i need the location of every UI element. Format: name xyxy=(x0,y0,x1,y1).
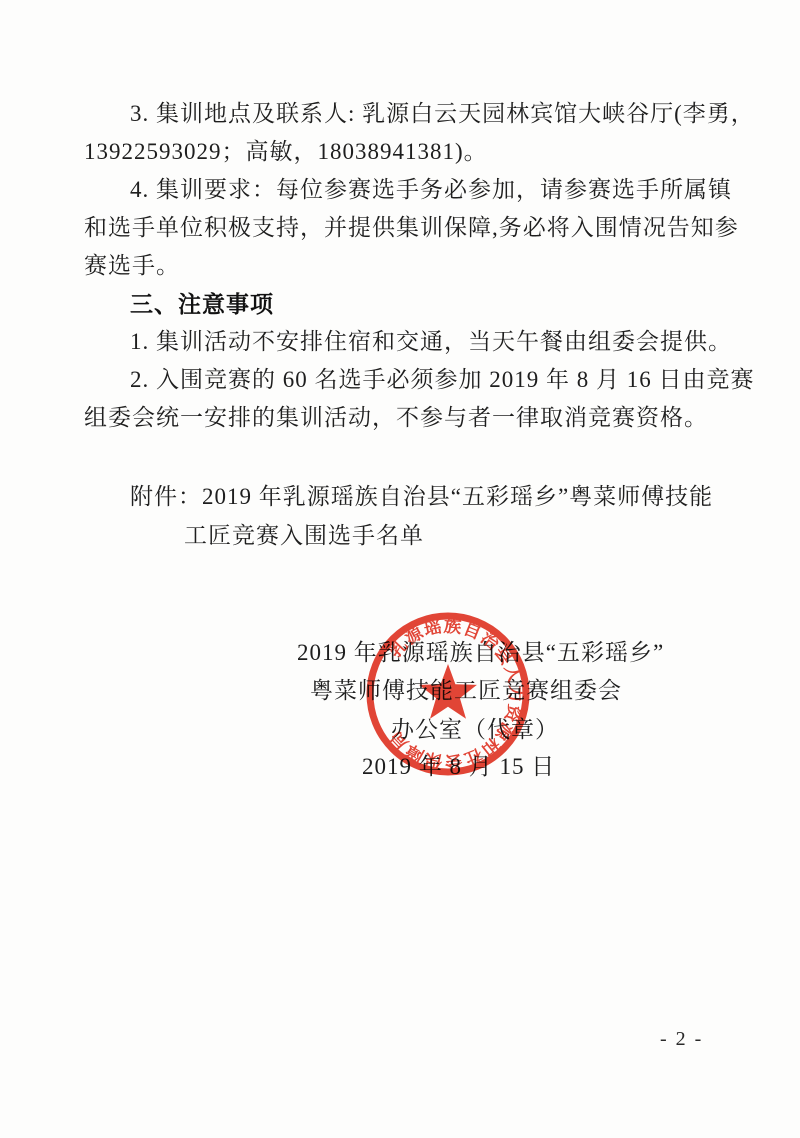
signature-line-1: 2019 年乳源瑶族自治县“五彩瑶乡” xyxy=(297,634,664,672)
body-line-1: 3. 集训地点及联系人: 乳源白云天园林宾馆大峡谷厅(李勇， xyxy=(84,95,754,133)
scanned-document-page: 3. 集训地点及联系人: 乳源白云天园林宾馆大峡谷厅(李勇， 139225930… xyxy=(0,0,800,1138)
attachment-line-1: 附件：2019 年乳源瑶族自治县“五彩瑶乡”粤菜师傅技能 xyxy=(84,478,754,516)
body-line-5: 赛选手。 xyxy=(84,247,754,285)
page-number: - 2 - xyxy=(660,1028,703,1051)
body-line-3: 4. 集训要求：每位参赛选手务必参加，请参赛选手所属镇 xyxy=(84,171,754,209)
signature-line-4: 2019 年 8 月 15 日 xyxy=(362,748,555,786)
attachment-line-2: 工匠竞赛入围选手名单 xyxy=(184,517,800,555)
body-line-4: 和选手单位积极支持，并提供集训保障,务必将入围情况告知参 xyxy=(84,209,754,247)
body-line-9: 组委会统一安排的集训活动，不参与者一律取消竞赛资格。 xyxy=(84,399,754,437)
body-line-8: 2. 入围竞赛的 60 名选手必须参加 2019 年 8 月 16 日由竞赛 xyxy=(84,361,754,399)
signature-line-3: 办公室（代章） xyxy=(391,711,559,749)
signature-line-2: 粤菜师傅技能工匠竞赛组委会 xyxy=(310,672,622,710)
body-line-2: 13922593029；高敏，18038941381)。 xyxy=(84,133,754,171)
body-line-7: 1. 集训活动不安排住宿和交通，当天午餐由组委会提供。 xyxy=(84,323,754,361)
section-heading: 三、注意事项 xyxy=(84,285,754,323)
